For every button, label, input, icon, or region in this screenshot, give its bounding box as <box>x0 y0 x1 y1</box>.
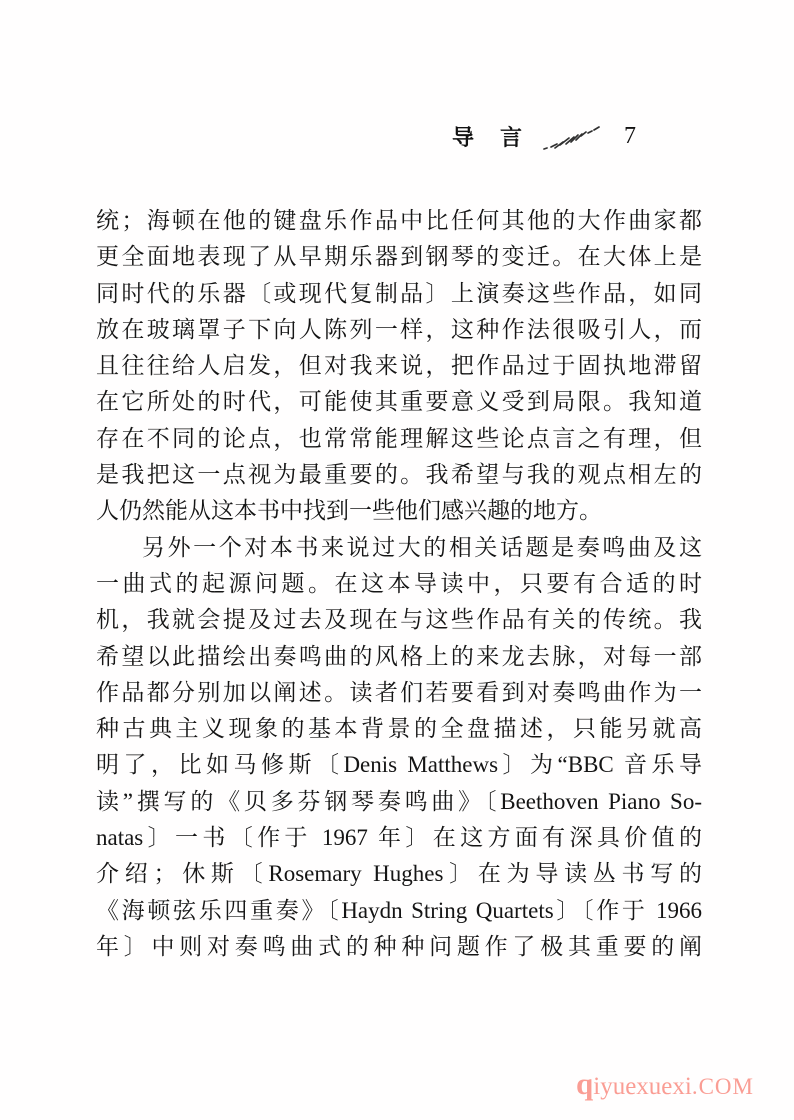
text-line: 《海顿弦乐四重奏》〔Haydn String Quartets〕〔作于 1966 <box>96 893 702 929</box>
text-line: 种古典主义现象的基本背景的全盘描述，只能另就高 <box>96 711 702 747</box>
text-line: 更全面地表现了从早期乐器到钢琴的变迁。在大体上是 <box>96 239 702 275</box>
text-line: 明了，比如马修斯〔Denis Matthews〕为“BBC 音乐导 <box>96 747 702 783</box>
watermark-tld: .COM <box>692 1075 754 1098</box>
text-line: 且往往给人启发，但对我来说，把作品过于固执地滞留 <box>96 348 702 384</box>
page-number: 7 <box>624 123 636 150</box>
text-line-paragraph-start: 另外一个对本书来说过大的相关话题是奏鸣曲及这 <box>96 530 702 566</box>
scanned-book-page: 导 言 7 统；海顿在他的键盘乐作品中比任何其他的大作曲家都 更全面地表现了从早… <box>0 0 794 1120</box>
text-line: 年〕中则对奏鸣曲式的种种问题作了极其重要的阐 <box>96 929 702 965</box>
ink-scribble-mark <box>540 118 602 154</box>
text-line: 希望以此描绘出奏鸣曲的风格上的来龙去脉，对每一部 <box>96 639 702 675</box>
site-watermark: q iyuexuexi .COM <box>576 1068 754 1099</box>
text-line: 一曲式的起源问题。在这本导读中，只要有合适的时 <box>96 566 702 602</box>
text-line-paragraph-end: 人仍然能从这本书中找到一些他们感兴趣的地方。 <box>96 493 702 529</box>
watermark-domain: iyuexuexi <box>593 1074 692 1099</box>
text-line: 同时代的乐器〔或现代复制品〕上演奏这些作品，如同 <box>96 276 702 312</box>
text-line: 统；海顿在他的键盘乐作品中比任何其他的大作曲家都 <box>96 203 702 239</box>
text-line: 放在玻璃罩子下向人陈列一样，这种作法很吸引人，而 <box>96 312 702 348</box>
body-text-block: 统；海顿在他的键盘乐作品中比任何其他的大作曲家都 更全面地表现了从早期乐器到钢琴… <box>96 203 702 965</box>
watermark-q: q <box>576 1068 593 1099</box>
text-line: 介绍；休斯〔Rosemary Hughes〕在为导读丛书写的 <box>96 856 702 892</box>
text-line: 机，我就会提及过去及现在与这些作品有关的传统。我 <box>96 602 702 638</box>
text-line: 在它所处的时代，可能使其重要意义受到局限。我知道 <box>96 384 702 420</box>
text-line: natas〕一书〔作于 1967 年〕在这方面有深具价值的 <box>96 820 702 856</box>
text-line: 是我把这一点视为最重要的。我希望与我的观点相左的 <box>96 457 702 493</box>
text-line: 读”撰写的《贝多芬钢琴奏鸣曲》〔Beethoven Piano So- <box>96 784 702 820</box>
chapter-title: 导 言 <box>452 121 524 152</box>
text-line: 作品都分别加以阐述。读者们若要看到对奏鸣曲作为一 <box>96 675 702 711</box>
text-line: 存在不同的论点，也常常能理解这些论点言之有理，但 <box>96 421 702 457</box>
running-head: 导 言 7 <box>452 118 636 154</box>
